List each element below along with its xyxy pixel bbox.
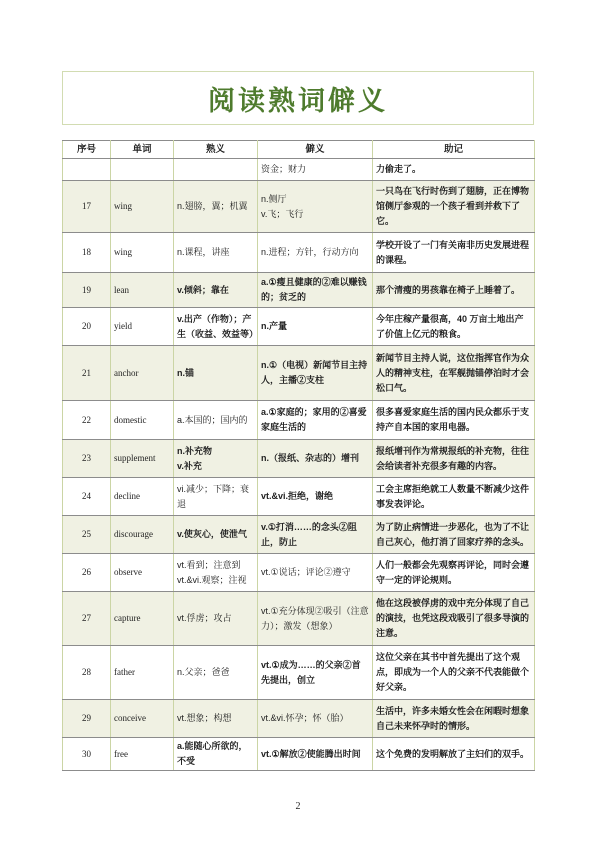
- cell-no: 30: [63, 738, 111, 771]
- vocab-table: 序号 单词 熟义 僻义 助记 资金；财力力偷走了。17wingn.翅膀，翼；机翼…: [62, 140, 535, 771]
- column-header-rare-meaning: 僻义: [258, 141, 373, 159]
- cell-word: decline: [111, 478, 174, 516]
- cell-mnemonic: 人们一般都会先观察再评论，同时会遵守一定的评论规则。: [373, 554, 535, 592]
- cell-no: 27: [63, 592, 111, 646]
- cell-word: observe: [111, 554, 174, 592]
- cell-familiar: [174, 159, 258, 181]
- table-row: 19leanv.倾斜；靠在a.①瘦且健康的②难以赚钱的；贫乏的那个清瘦的男孩靠在…: [63, 273, 535, 308]
- table-row: 资金；财力力偷走了。: [63, 159, 535, 181]
- cell-no: 29: [63, 700, 111, 738]
- cell-word: lean: [111, 273, 174, 308]
- cell-familiar: n.翅膀，翼；机翼: [174, 181, 258, 233]
- cell-word: discourage: [111, 516, 174, 554]
- cell-familiar: v.倾斜；靠在: [174, 273, 258, 308]
- table-row: 30freea.能随心所欲的，不受vt.①解放②使能腾出时间这个免费的发明解放了…: [63, 738, 535, 771]
- cell-no: 28: [63, 646, 111, 700]
- cell-rare: n.（报纸、杂志的）增刊: [258, 440, 373, 478]
- cell-rare: vt.①解放②使能腾出时间: [258, 738, 373, 771]
- cell-word: conceive: [111, 700, 174, 738]
- cell-rare: vt.①说话；评论②遵守: [258, 554, 373, 592]
- cell-no: 26: [63, 554, 111, 592]
- cell-mnemonic: 一只鸟在飞行时伤到了翅膀，正在博物馆侧厅参观的一个孩子看到并救下了它。: [373, 181, 535, 233]
- cell-rare: vt.①成为……的父亲②首先提出，创立: [258, 646, 373, 700]
- table-row: 18wingn.课程，讲座n.进程；方针，行动方向学校开设了一门有关南非历史发展…: [63, 233, 535, 273]
- cell-rare: n.产量: [258, 308, 373, 346]
- cell-familiar: v.使灰心，使泄气: [174, 516, 258, 554]
- cell-familiar: vt.想象；构想: [174, 700, 258, 738]
- cell-mnemonic: 今年庄稼产量很高，40 万亩土地出产了价值上亿元的粮食。: [373, 308, 535, 346]
- cell-word: anchor: [111, 346, 174, 401]
- cell-no: 17: [63, 181, 111, 233]
- cell-no: 21: [63, 346, 111, 401]
- cell-word: wing: [111, 233, 174, 273]
- column-header-no: 序号: [63, 141, 111, 159]
- cell-mnemonic: 报纸增刊作为常规报纸的补充物，往往会给读者补充很多有趣的内容。: [373, 440, 535, 478]
- cell-rare: n.进程；方针，行动方向: [258, 233, 373, 273]
- cell-no: 19: [63, 273, 111, 308]
- cell-rare: a.①家庭的；家用的②喜爱家庭生活的: [258, 401, 373, 440]
- cell-mnemonic: 生活中，许多未婚女性会在闲暇时想象自己未来怀孕时的情形。: [373, 700, 535, 738]
- cell-mnemonic: 为了防止病情进一步恶化，也为了不让自己灰心，他打消了回家疗养的念头。: [373, 516, 535, 554]
- table-header-row: 序号 单词 熟义 僻义 助记: [63, 141, 535, 159]
- cell-rare: a.①瘦且健康的②难以赚钱的；贫乏的: [258, 273, 373, 308]
- cell-rare: v.①打消……的念头②阻止，防止: [258, 516, 373, 554]
- cell-rare: 资金；财力: [258, 159, 373, 181]
- table-row: 22domestica.本国的；国内的a.①家庭的；家用的②喜爱家庭生活的很多喜…: [63, 401, 535, 440]
- document-page: 阅读熟词僻义 序号 单词 熟义 僻义 助记 资金；财力力偷走了。17wingn.…: [0, 0, 596, 842]
- cell-no: 20: [63, 308, 111, 346]
- cell-word: capture: [111, 592, 174, 646]
- cell-word: supplement: [111, 440, 174, 478]
- cell-word: free: [111, 738, 174, 771]
- cell-familiar: v.出产（作物）；产生（收益、效益等）: [174, 308, 258, 346]
- cell-word: father: [111, 646, 174, 700]
- cell-no: 18: [63, 233, 111, 273]
- cell-familiar: n.父亲；爸爸: [174, 646, 258, 700]
- cell-familiar: n.补充物 v.补充: [174, 440, 258, 478]
- cell-rare: n.侧厅 v.飞；飞行: [258, 181, 373, 233]
- table-row: 24declinevi.减少；下降；衰退vt.&vi.拒绝，谢绝工会主席拒绝就工…: [63, 478, 535, 516]
- cell-familiar: vt.看到；注意到 vt.&vi.观察；注视: [174, 554, 258, 592]
- cell-familiar: vi.减少；下降；衰退: [174, 478, 258, 516]
- title-box: 阅读熟词僻义: [62, 71, 534, 125]
- cell-word: wing: [111, 181, 174, 233]
- table-body: 资金；财力力偷走了。17wingn.翅膀，翼；机翼n.侧厅 v.飞；飞行一只鸟在…: [63, 159, 535, 771]
- cell-rare: vt.&vi.怀孕；怀（胎）: [258, 700, 373, 738]
- cell-word: domestic: [111, 401, 174, 440]
- cell-rare: vt.①充分体现②吸引（注意力）；激发（想象）: [258, 592, 373, 646]
- cell-word: [111, 159, 174, 181]
- table-row: 27capturevt.俘虏；攻占vt.①充分体现②吸引（注意力）；激发（想象）…: [63, 592, 535, 646]
- cell-mnemonic: 这个免费的发明解放了主妇们的双手。: [373, 738, 535, 771]
- table-row: 28fathern.父亲；爸爸vt.①成为……的父亲②首先提出，创立这位父亲在其…: [63, 646, 535, 700]
- table-row: 26observevt.看到；注意到 vt.&vi.观察；注视vt.①说话；评论…: [63, 554, 535, 592]
- cell-word: yield: [111, 308, 174, 346]
- table-row: 29conceivevt.想象；构想vt.&vi.怀孕；怀（胎）生活中，许多未婚…: [63, 700, 535, 738]
- cell-mnemonic: 很多喜爱家庭生活的国内民众都乐于支持产自本国的家用电器。: [373, 401, 535, 440]
- cell-no: [63, 159, 111, 181]
- table-row: 17wingn.翅膀，翼；机翼n.侧厅 v.飞；飞行一只鸟在飞行时伤到了翅膀，正…: [63, 181, 535, 233]
- page-title: 阅读熟词僻义: [208, 79, 388, 118]
- page-number: 2: [0, 801, 596, 812]
- cell-rare: n.①（电视）新闻节目主持人，主播②支柱: [258, 346, 373, 401]
- cell-familiar: a.能随心所欲的，不受: [174, 738, 258, 771]
- cell-no: 23: [63, 440, 111, 478]
- cell-no: 24: [63, 478, 111, 516]
- table-row: 21anchorn.锚n.①（电视）新闻节目主持人，主播②支柱新闻节目主持人说，…: [63, 346, 535, 401]
- cell-mnemonic: 力偷走了。: [373, 159, 535, 181]
- table-row: 20yieldv.出产（作物）；产生（收益、效益等）n.产量今年庄稼产量很高，4…: [63, 308, 535, 346]
- cell-mnemonic: 那个清瘦的男孩靠在椅子上睡着了。: [373, 273, 535, 308]
- cell-rare: vt.&vi.拒绝，谢绝: [258, 478, 373, 516]
- cell-mnemonic: 新闻节目主持人说，这位指挥官作为众人的精神支柱，在军舰抛锚停泊时才会松口气。: [373, 346, 535, 401]
- cell-mnemonic: 工会主席拒绝就工人数量不断减少这件事发表评论。: [373, 478, 535, 516]
- cell-familiar: a.本国的；国内的: [174, 401, 258, 440]
- cell-mnemonic: 这位父亲在其书中首先提出了这个观点，即成为一个人的父亲不代表能做个好父亲。: [373, 646, 535, 700]
- table-row: 23supplementn.补充物 v.补充n.（报纸、杂志的）增刊报纸增刊作为…: [63, 440, 535, 478]
- column-header-word: 单词: [111, 141, 174, 159]
- cell-familiar: n.课程，讲座: [174, 233, 258, 273]
- table-row: 25discouragev.使灰心，使泄气v.①打消……的念头②阻止，防止为了防…: [63, 516, 535, 554]
- cell-mnemonic: 学校开设了一门有关南非历史发展进程的课程。: [373, 233, 535, 273]
- column-header-familiar-meaning: 熟义: [174, 141, 258, 159]
- cell-familiar: n.锚: [174, 346, 258, 401]
- cell-familiar: vt.俘虏；攻占: [174, 592, 258, 646]
- cell-mnemonic: 他在这段被俘虏的戏中充分体现了自己的演技，也凭这段戏吸引了很多导演的注意。: [373, 592, 535, 646]
- cell-no: 25: [63, 516, 111, 554]
- column-header-mnemonic: 助记: [373, 141, 535, 159]
- cell-no: 22: [63, 401, 111, 440]
